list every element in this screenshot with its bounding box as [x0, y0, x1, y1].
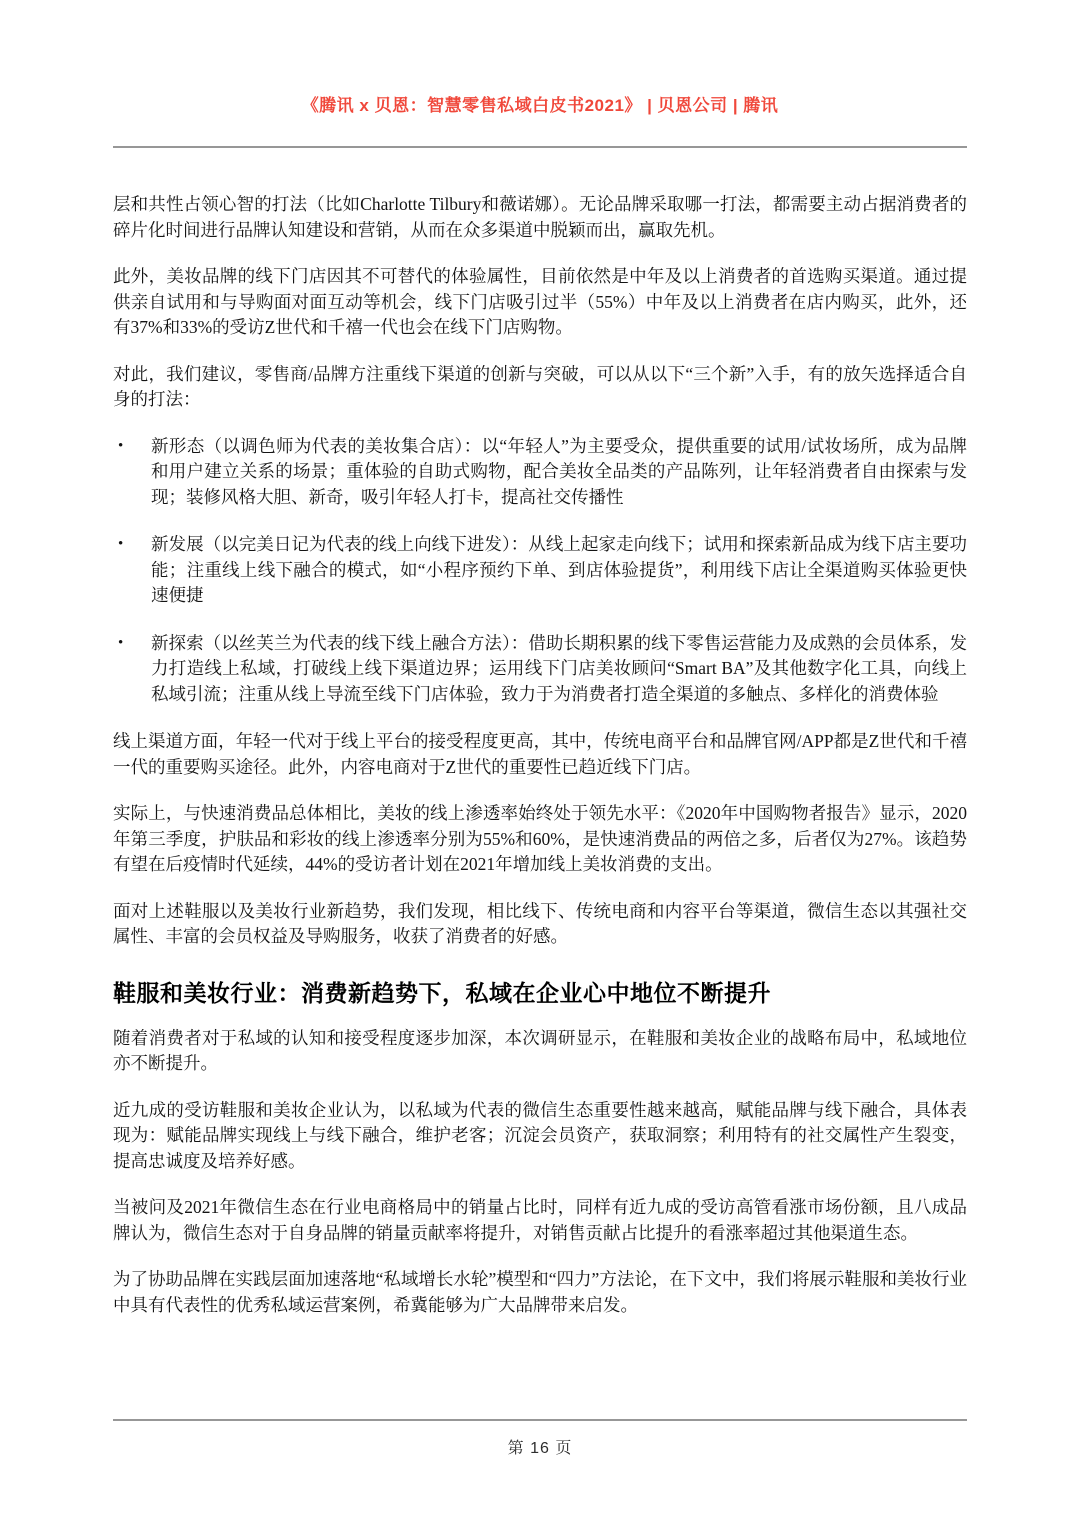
list-item-text: 新探索（以丝芙兰为代表的线下线上融合方法）：借助长期积累的线下零售运营能力及成熟…: [151, 633, 967, 704]
footer-divider: [113, 1419, 967, 1421]
paragraph: 随着消费者对于私域的认知和接受程度逐步加深，本次调研显示，在鞋服和美妆企业的战略…: [113, 1026, 967, 1077]
paragraph: 为了协助品牌在实践层面加速落地“私域增长水轮”模型和“四力”方法论，在下文中，我…: [113, 1267, 967, 1318]
paragraph: 当被问及2021年微信生态在行业电商格局中的销量占比时，同样有近九成的受访高管看…: [113, 1195, 967, 1246]
doc-title: 《腾讯 x 贝恩：智慧零售私域白皮书2021》 | 贝恩公司 | 腾讯: [113, 91, 967, 116]
paragraph: 对此，我们建议，零售商/品牌方注重线下渠道的创新与突破，可以从以下“三个新”入手…: [113, 362, 967, 413]
page-number: 第 16 页: [113, 1435, 967, 1458]
content-area: 层和共性占领心智的打法（比如Charlotte Tilbury和薇诺娜）。无论品…: [113, 148, 967, 1318]
doc-footer: 第 16 页: [113, 1419, 967, 1458]
paragraph: 实际上，与快速消费品总体相比，美妆的线上渗透率始终处于领先水平：《2020年中国…: [113, 801, 967, 878]
list-item: • 新形态（以调色师为代表的美妆集合店）：以“年轻人”为主要受众，提供重要的试用…: [113, 434, 967, 511]
bullet-icon: •: [118, 631, 123, 657]
list-item: • 新发展（以完美日记为代表的线上向线下进发）：从线上起家走向线下；试用和探索新…: [113, 532, 967, 609]
bullet-icon: •: [118, 532, 123, 558]
paragraph: 层和共性占领心智的打法（比如Charlotte Tilbury和薇诺娜）。无论品…: [113, 192, 967, 243]
list-item-text: 新形态（以调色师为代表的美妆集合店）：以“年轻人”为主要受众，提供重要的试用/试…: [151, 436, 967, 507]
list-item: • 新探索（以丝芙兰为代表的线下线上融合方法）：借助长期积累的线下零售运营能力及…: [113, 631, 967, 708]
document-page: 《腾讯 x 贝恩：智慧零售私域白皮书2021》 | 贝恩公司 | 腾讯 层和共性…: [0, 0, 1080, 1528]
bullet-list: • 新形态（以调色师为代表的美妆集合店）：以“年轻人”为主要受众，提供重要的试用…: [113, 434, 967, 708]
doc-header: 《腾讯 x 贝恩：智慧零售私域白皮书2021》 | 贝恩公司 | 腾讯: [113, 0, 967, 116]
section-heading: 鞋服和美妆行业：消费新趋势下，私域在企业心中地位不断提升: [113, 977, 967, 1009]
paragraph: 线上渠道方面，年轻一代对于线上平台的接受程度更高，其中，传统电商平台和品牌官网/…: [113, 729, 967, 780]
paragraph: 面对上述鞋服以及美妆行业新趋势，我们发现，相比线下、传统电商和内容平台等渠道，微…: [113, 899, 967, 950]
paragraph: 近九成的受访鞋服和美妆企业认为，以私域为代表的微信生态重要性越来越高，赋能品牌与…: [113, 1098, 967, 1175]
bullet-icon: •: [118, 434, 123, 460]
paragraph: 此外，美妆品牌的线下门店因其不可替代的体验属性，目前依然是中年及以上消费者的首选…: [113, 264, 967, 341]
list-item-text: 新发展（以完美日记为代表的线上向线下进发）：从线上起家走向线下；试用和探索新品成…: [151, 534, 967, 605]
